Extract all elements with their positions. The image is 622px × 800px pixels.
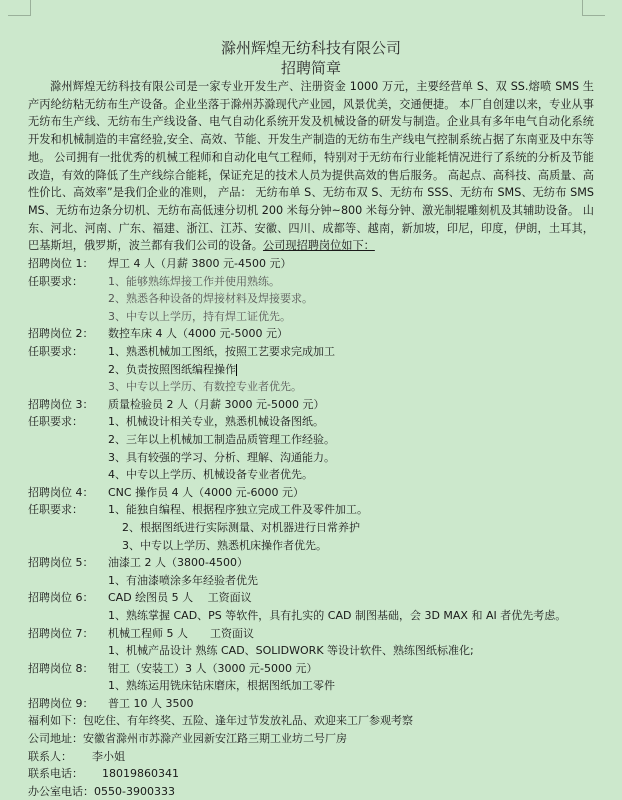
position-title: 数控车床 4 人（4000 元-5000 元）: [108, 325, 288, 343]
requirement-item: 1、能够熟练焊接工作并使用熟练。: [108, 273, 280, 291]
position-9: 招聘岗位 9： 普工 10 人 3500: [28, 695, 594, 713]
position-title: CNC 操作员 4 人（4000 元-6000 元）: [108, 484, 304, 502]
position-3: 招聘岗位 3： 质量检验员 2 人（月薪 3000 元-5000 元）: [28, 396, 594, 414]
position-title: 焊工 4 人（月薪 3800 元-4500 元）: [108, 255, 291, 273]
office-phone-value: 0550-3900333: [94, 785, 175, 798]
requirements-row: 任职要求： 1、熟悉机械加工图纸，按照工艺要求完成加工: [28, 343, 594, 361]
benefits-label: 福利如下：: [28, 712, 83, 730]
requirement-item: 1、能独自编程、根据程序独立完成工件及零件加工。: [108, 501, 368, 519]
requirement-item: 3、具有较强的学习、分析、理解、沟通能力。: [28, 449, 594, 467]
requirement-item: 3、中专以上学历，持有焊工证优先。: [28, 308, 594, 326]
requirements-label: 任职要求：: [28, 343, 108, 361]
position-2: 招聘岗位 2： 数控车床 4 人（4000 元-5000 元）: [28, 325, 594, 343]
requirement-item: 2、负责按照图纸编程操作: [108, 363, 236, 376]
position-label: 招聘岗位 7：: [28, 625, 108, 643]
position-7: 招聘岗位 7： 机械工程师 5 人 工资面议: [28, 625, 594, 643]
address-line: 公司地址：安徽省滁州市苏滁产业园新安江路三期工业坊二号厂房: [28, 730, 594, 748]
requirement-item: 1、熟练运用铣床钻床磨床，根据图纸加工零件: [28, 677, 594, 695]
requirement-item: 2、根据图纸进行实际测量、对机器进行日常养护: [28, 519, 594, 537]
position-label: 招聘岗位 9：: [28, 695, 108, 713]
office-phone-line: 办公室电话：0550-3900333: [28, 783, 594, 800]
requirement-item: 2、三年以上机械加工制造品质管理工作经验。: [28, 431, 594, 449]
benefits-value: 包吃住、有年终奖、五险、逢年过节发放礼品、欢迎来工厂参观考察: [83, 714, 413, 727]
address-label: 公司地址：: [28, 730, 83, 748]
requirements-label: 任职要求：: [28, 413, 108, 431]
requirement-item: 3、中专以上学历、有数控专业者优先。: [28, 378, 594, 396]
requirements-label: 任职要求：: [28, 273, 108, 291]
phone-label: 联系电话：: [28, 765, 102, 783]
position-label: 招聘岗位 8：: [28, 660, 108, 678]
phone-value: 18019860341: [102, 767, 179, 780]
contact-line: 联系人：李小姐: [28, 748, 594, 766]
position-title: 机械工程师 5 人 工资面议: [108, 625, 254, 643]
position-4: 招聘岗位 4： CNC 操作员 4 人（4000 元-6000 元）: [28, 484, 594, 502]
position-title: 普工 10 人 3500: [108, 695, 193, 713]
contact-label: 联系人：: [28, 748, 92, 766]
requirements-row: 任职要求： 1、机械设计相关专业，熟悉机械设备图纸。: [28, 413, 594, 431]
position-label: 招聘岗位 5：: [28, 554, 108, 572]
position-title: CAD 绘图员 5 人 工资面议: [108, 589, 252, 607]
contact-value: 李小姐: [92, 750, 125, 763]
requirement-item: 1、熟悉机械加工图纸，按照工艺要求完成加工: [108, 343, 335, 361]
requirements-row: 任职要求： 1、能够熟练焊接工作并使用熟练。: [28, 273, 594, 291]
requirement-item: 1、机械设计相关专业，熟悉机械设备图纸。: [108, 413, 324, 431]
position-6: 招聘岗位 6： CAD 绘图员 5 人 工资面议: [28, 589, 594, 607]
position-1: 招聘岗位 1： 焊工 4 人（月薪 3800 元-4500 元）: [28, 255, 594, 273]
requirement-item: 4、中专以上学历、机械设备专业者优先。: [28, 466, 594, 484]
position-label: 招聘岗位 3：: [28, 396, 108, 414]
requirements-label: 任职要求：: [28, 501, 108, 519]
text-cursor: [236, 364, 237, 376]
intro-text: 滁州辉煌无纺科技有限公司是一家专业开发生产、注册资金 1000 万元，主要经营单…: [28, 80, 594, 252]
page-subtitle: 招聘简章: [28, 58, 594, 78]
requirement-item: 3、中专以上学历、熟悉机床操作者优先。: [28, 537, 594, 555]
requirements-row: 任职要求： 1、能独自编程、根据程序独立完成工件及零件加工。: [28, 501, 594, 519]
phone-line: 联系电话：18019860341: [28, 765, 594, 783]
requirement-item: 1、机械产品设计 熟练 CAD、SOLIDWORK 等设计软件、熟练图纸标准化;: [28, 642, 594, 660]
position-label: 招聘岗位 2：: [28, 325, 108, 343]
company-intro: 滁州辉煌无纺科技有限公司是一家专业开发生产、注册资金 1000 万元，主要经营单…: [28, 78, 594, 255]
requirement-item-with-cursor[interactable]: 2、负责按照图纸编程操作: [28, 361, 594, 379]
requirement-item: 2、熟悉各种设备的焊接材料及焊接要求。: [28, 290, 594, 308]
position-title: 油漆工 2 人（3800-4500）: [108, 554, 248, 572]
position-title: 质量检验员 2 人（月薪 3000 元-5000 元）: [108, 396, 324, 414]
company-title: 滁州辉煌无纺科技有限公司: [28, 38, 594, 58]
position-5: 招聘岗位 5： 油漆工 2 人（3800-4500）: [28, 554, 594, 572]
position-label: 招聘岗位 4：: [28, 484, 108, 502]
margin-mark-top-left: [8, 0, 31, 16]
office-phone-label: 办公室电话：: [28, 783, 94, 800]
address-value: 安徽省滁州市苏滁产业园新安江路三期工业坊二号厂房: [83, 732, 347, 745]
requirement-item: 1、有油漆喷涂多年经验者优先: [28, 572, 594, 590]
document-page[interactable]: 滁州辉煌无纺科技有限公司 招聘简章 滁州辉煌无纺科技有限公司是一家专业开发生产、…: [28, 38, 594, 800]
benefits-line: 福利如下：包吃住、有年终奖、五险、逢年过节发放礼品、欢迎来工厂参观考察: [28, 712, 594, 730]
positions-heading: 公司现招聘岗位如下：: [263, 239, 375, 252]
requirement-item: 1、熟练掌握 CAD、PS 等软件，具有扎实的 CAD 制图基础，会 3D MA…: [28, 607, 594, 625]
margin-mark-top-right: [582, 0, 605, 16]
position-label: 招聘岗位 1：: [28, 255, 108, 273]
position-title: 钳工（安装工）3 人（3000 元-5000 元）: [108, 660, 317, 678]
position-label: 招聘岗位 6：: [28, 589, 108, 607]
position-8: 招聘岗位 8： 钳工（安装工）3 人（3000 元-5000 元）: [28, 660, 594, 678]
